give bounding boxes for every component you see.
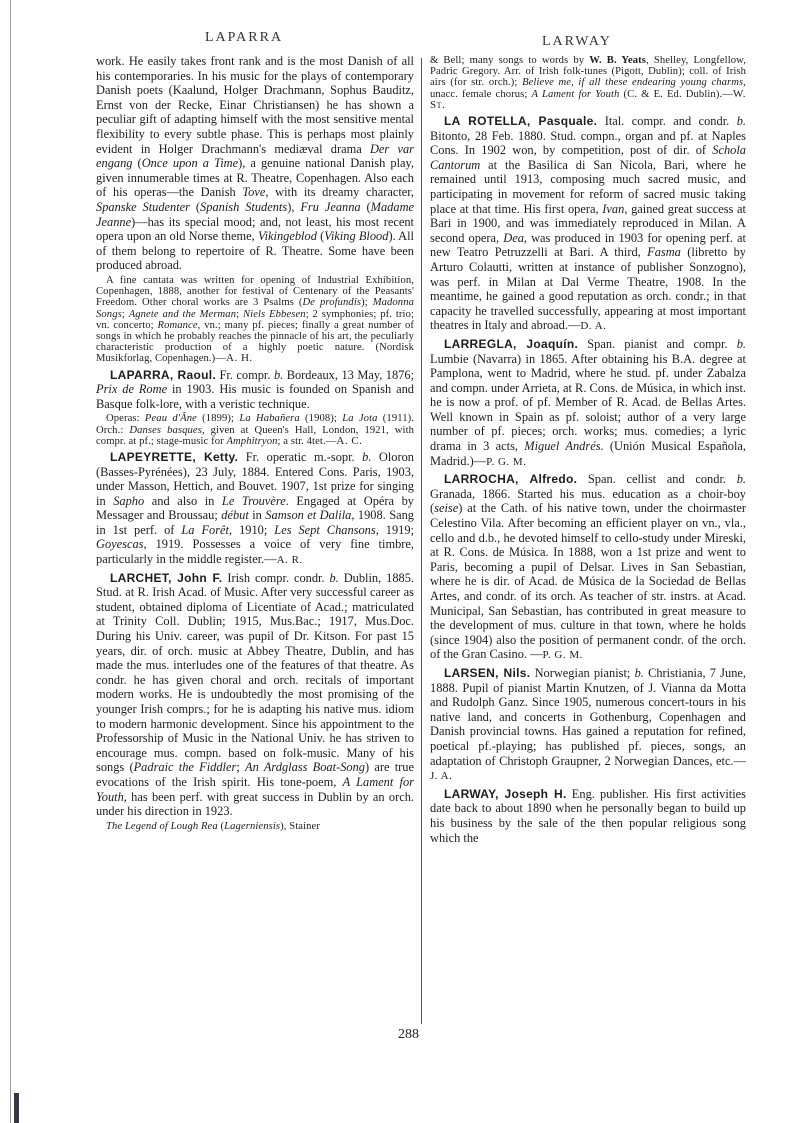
signature: A. C. <box>336 435 362 447</box>
signature: A. H. <box>226 352 253 364</box>
entry-larregla: LARREGLA, Joaquín. Span. pianist and com… <box>430 337 746 469</box>
entry-larchet: LARCHET, John F. Irish compr. condr. b. … <box>96 571 414 819</box>
running-head-right: LARWAY <box>542 34 612 50</box>
headword: LARROCHA, Alfredo. <box>444 472 577 486</box>
column-divider <box>421 58 422 1024</box>
headword: LAPEYRETTE, Ketty. <box>110 450 238 464</box>
page-number: 288 <box>398 1027 419 1043</box>
right-column: & Bell; many songs to words by W. B. Yea… <box>430 55 746 845</box>
works-laparra: Operas: Peau d'Âne (1899); La Habañera (… <box>96 413 414 447</box>
signature: J. A. <box>430 770 452 782</box>
entry-laparra: LAPARRA, Raoul. Fr. compr. b. Bordeaux, … <box>96 368 414 412</box>
entry-la-rotella: LA ROTELLA, Pasquale. Ital. compr. and c… <box>430 114 746 334</box>
signature: P. G. M. <box>486 456 526 468</box>
running-head-left: LAPARRA <box>205 30 283 46</box>
headword: LAPARRA, Raoul. <box>110 368 216 382</box>
works-larchet-continued: & Bell; many songs to words by W. B. Yea… <box>430 55 746 111</box>
headword: LARWAY, Joseph H. <box>444 787 567 801</box>
entry-lapeyrette: LAPEYRETTE, Ketty. Fr. operatic m.-sopr.… <box>96 450 414 568</box>
works-larchet: The Legend of Lough Rea (Lagerniensis), … <box>96 821 414 832</box>
headword: LA ROTELLA, Pasquale. <box>444 114 597 128</box>
signature: D. A. <box>580 320 606 332</box>
headword: LARCHET, John F. <box>110 571 222 585</box>
entry-larsen: LARSEN, Nils. Norwegian pianist; b. Chri… <box>430 666 746 784</box>
entry-continuation: work. He easily takes front rank and is … <box>96 54 414 273</box>
signature: P. G. M. <box>543 649 583 661</box>
entry-larrocha: LARROCHA, Alfredo. Span. cellist and con… <box>430 472 746 663</box>
entry-larway: LARWAY, Joseph H. Eng. publisher. His fi… <box>430 787 746 845</box>
signature: A. R. <box>277 554 303 566</box>
page-edge-line <box>10 0 11 1123</box>
works-note: A fine cantata was written for opening o… <box>96 275 414 365</box>
headword: LARREGLA, Joaquín. <box>444 337 578 351</box>
left-column: work. He easily takes front rank and is … <box>96 54 414 832</box>
scan-edge-mark <box>14 1093 19 1123</box>
headword: LARSEN, Nils. <box>444 666 530 680</box>
